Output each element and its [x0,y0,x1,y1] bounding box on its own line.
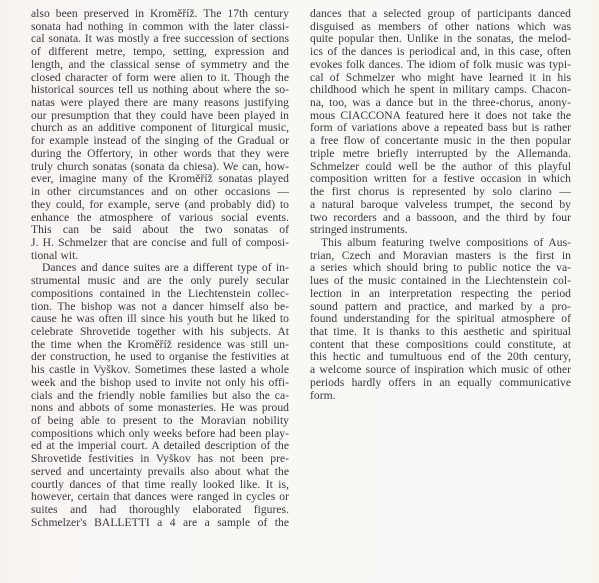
left-text-column: also been preserved in Kroměříž. The 17t… [31,8,289,529]
text-line: triple metre briefly interrupted by the … [310,148,571,161]
text-line: dances that a selected group of particip… [310,8,571,21]
text-line: Shrovetide festivities in Vyškov has not… [31,453,289,466]
text-line: served and uncertainty prevails also abo… [31,466,289,479]
text-line: of being able to present to the Moravian… [31,415,289,428]
text-line: lues of the music contained in the Liech… [310,275,571,288]
booklet-page: also been preserved in Kroměříž. The 17t… [0,0,599,583]
text-line: lection in an interpretation respecting … [310,288,571,301]
text-line: J. H. Schmelzer that are concise and ful… [31,237,289,250]
text-line: the first chorus is represented by solo … [310,186,571,199]
text-line: also been preserved in Kroměříž. The 17t… [31,8,289,21]
text-line: during the Offertory, in other words tha… [31,148,289,161]
right-text-column: dances that a selected group of particip… [310,8,571,402]
text-line: periods hardly offers in an equally comm… [310,377,571,390]
text-line: natas were played there are many reasons… [31,97,289,110]
text-line: strumental music and are the only purely… [31,275,289,288]
text-line: na, too, was a dance but in the three-ch… [310,97,571,110]
text-line: celebrate Shrovetide together with his s… [31,326,289,339]
text-line: for example instead of the singing of th… [31,135,289,148]
text-line: form. [310,390,571,403]
text-line: they could, for example, serve (and prob… [31,199,289,212]
text-line: a welcome source of inspiration which mu… [310,364,571,377]
text-line: that time. It is thanks to this aestheti… [310,326,571,339]
text-line: compositions contained in the Liechtenst… [31,288,289,301]
text-line: of different metre, tempo, setting, expr… [31,46,289,59]
text-line: his castle in Vyškov. Sometimes these la… [31,364,289,377]
text-line: length, and the classical sense of symme… [31,59,289,72]
text-line: ics of the dances is periodical and, in … [310,46,571,59]
text-line: This album featuring twelve compositions… [310,237,571,250]
text-line: evokes folk dances. The idiom of folk mu… [310,59,571,72]
text-line: week and the bishop used to invite not o… [31,377,289,390]
text-line: a free flow of concertante music in the … [310,135,571,148]
text-line: a natural baroque valveless trumpet, the… [310,199,571,212]
text-line: Schmelzer's BALLETTI a 4 are a sample of… [31,517,289,530]
text-line: suites and had thoroughly elaborated fig… [31,504,289,517]
text-line: in other circumstances and on other occa… [31,186,289,199]
